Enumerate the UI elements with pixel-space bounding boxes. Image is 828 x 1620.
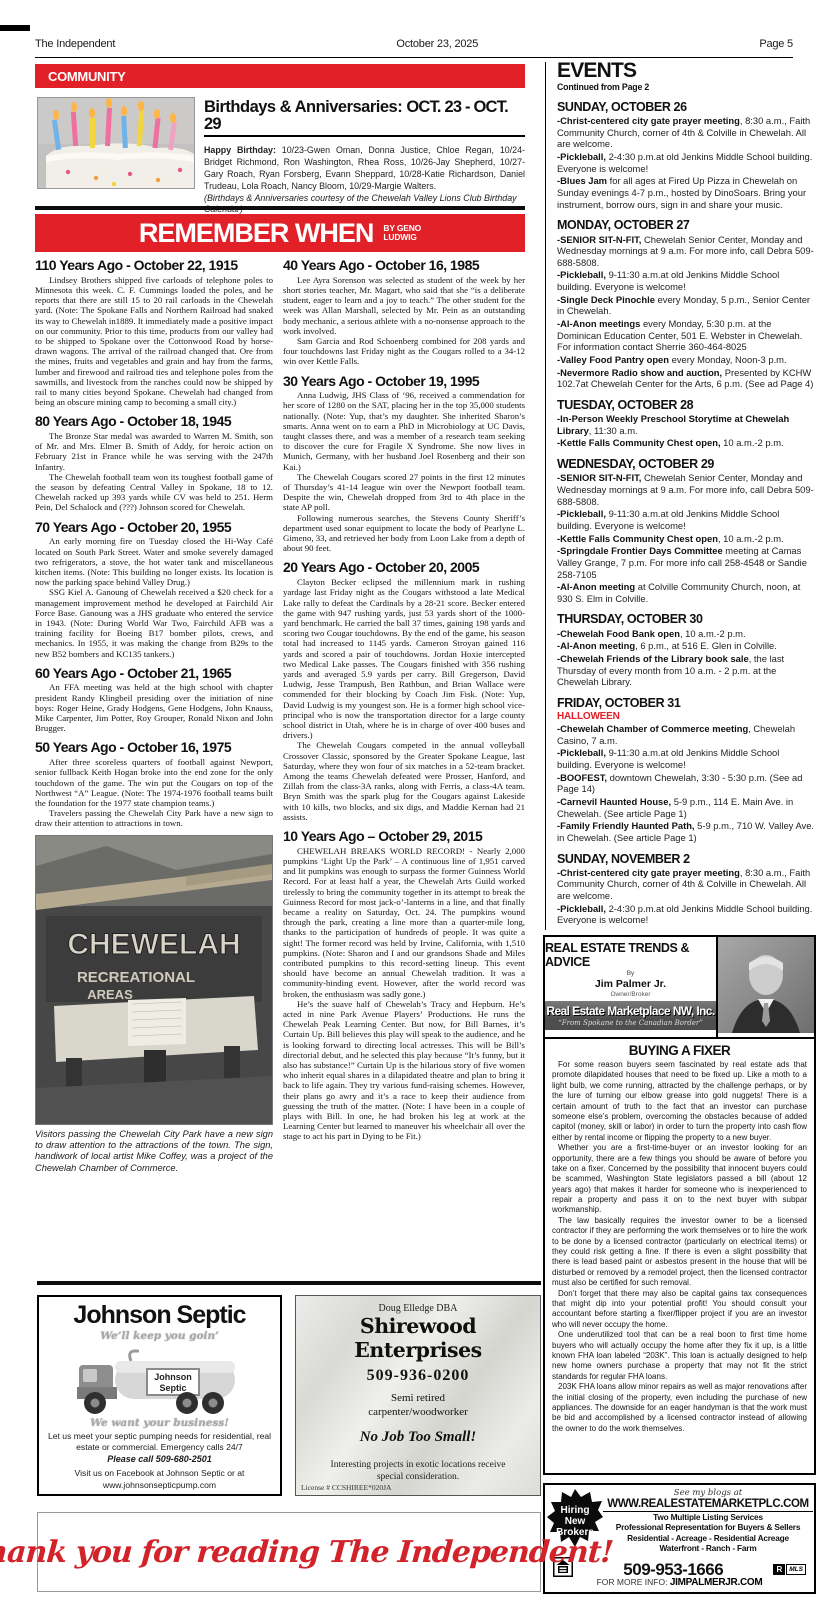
birthdays-courtesy: (Birthdays & Anniversaries courtesy of t… (204, 193, 525, 216)
svg-text:Johnson: Johnson (154, 1372, 192, 1382)
article-section-heading: 80 Years Ago - October 18, 1945 (35, 414, 273, 429)
article-section-heading: 110 Years Ago - October 22, 1915 (35, 258, 273, 273)
event-item-lead: -Pickleball, (557, 903, 606, 914)
broker-service-line-4: Waterfront - Ranch - Farm (603, 1543, 813, 1553)
event-item: -Al-Anon meeting, 6 p.m., at 516 E. Glen… (557, 640, 816, 652)
shirewood-description: Semi retired carpenter/woodworker (296, 1392, 540, 1420)
article-paragraph: The Chewelah Cougars scored 27 points in… (283, 472, 525, 513)
event-item-lead: -Springdale Frontier Days Committee (557, 545, 723, 556)
broker-service-line-3: Residential - Acreage - Residential Acre… (603, 1533, 813, 1543)
event-item: -Family Friendly Haunted Path, 5-9 p.m.,… (557, 820, 816, 843)
event-item: -Pickleball, 9-11:30 a.m.at old Jenkins … (557, 269, 816, 292)
event-day-heading: FRIDAY, OCTOBER 31 (557, 697, 816, 710)
events-title: EVENTS (557, 60, 816, 81)
broker-ad-text: See my blogs at WWW.REALESTATEMARKETPLC.… (603, 1488, 813, 1553)
fixer-ad-header: REAL ESTATE TRENDS & ADVICE By Jim Palme… (545, 937, 814, 1039)
event-item-lead: -Blues Jam (557, 175, 607, 186)
article-column-1-sections: 110 Years Ago - October 22, 1915Lindsey … (35, 258, 273, 829)
event-item-lead: -SENIOR SIT-N-FIT, (557, 234, 641, 245)
event-item-lead: -Nevermore Radio show and auction, (557, 367, 722, 378)
masthead: The Independent October 23, 2025 Page 5 (35, 38, 793, 58)
event-item: -Pickleball, 2-4:30 p.m.at old Jenkins M… (557, 151, 816, 174)
svg-text:Hiring: Hiring (561, 1505, 590, 1516)
johnson-ad-body: Let us meet your septic pumping needs fo… (45, 1431, 274, 1452)
mls-logo: MLS (786, 1564, 806, 1575)
article-section-heading: 70 Years Ago - October 20, 1955 (35, 520, 273, 535)
headshot-illustration (718, 937, 814, 1033)
fixer-ad-company: Real Estate Marketplace NW, Inc. (545, 1001, 716, 1019)
event-item-lead: -Pickleball, (557, 508, 606, 519)
shirewood-enterprises-ad: Doug Elledge DBA Shirewood Enterprises 5… (295, 1295, 541, 1496)
remember-when-banner: REMEMBER WHEN BY GENO LUDWIG (35, 214, 525, 252)
event-item-text: 10 a.m.-2 p.m. (721, 437, 784, 448)
event-item-text: , 6 p.m., at 516 E. Glen in Colville. (635, 640, 777, 651)
svg-text:AREAS: AREAS (87, 987, 133, 1002)
thank-you-banner: Thank you for reading The Independent! (37, 1512, 541, 1592)
article-paragraph: Sam Garcia and Rod Schoenberg combined f… (283, 336, 525, 367)
event-item: -Pickleball, 9-11:30 a.m.at old Jenkins … (557, 508, 816, 531)
event-item-lead: -Chewelah Chamber of Commerce meeting (557, 723, 748, 734)
article-column-2: 40 Years Ago - October 16, 1985Lee Ayra … (283, 258, 525, 1260)
real-estate-trends-ad: REAL ESTATE TRENDS & ADVICE By Jim Palme… (543, 935, 816, 1475)
event-item: -Al-Anon meeting at Colville Community C… (557, 581, 816, 604)
community-section-banner: COMMUNITY (35, 64, 525, 88)
event-item-lead: -Carnevil Haunted House, (557, 796, 671, 807)
shirewood-name: Shirewood Enterprises (296, 1314, 540, 1362)
fixer-ad-paragraph: For some reason buyers seem fascinated b… (552, 1060, 807, 1143)
cake-illustration (38, 98, 194, 188)
broker-service-line-1: Two Multiple Listing Services (603, 1512, 813, 1522)
event-item: -Carnevil Haunted House, 5-9 p.m., 114 E… (557, 796, 816, 819)
event-item-lead: -Kettle Falls Community Chest open (557, 533, 718, 544)
fixer-ad-paragraph: The law basically requires the investor … (552, 1216, 807, 1289)
fixer-ad-body: For some reason buyers seem fascinated b… (545, 1060, 814, 1434)
event-item-lead: -Family Friendly Haunted Path, (557, 820, 695, 831)
shirewood-slogan: No Job Too Small! (296, 1429, 540, 1446)
article-section-heading: 20 Years Ago - October 20, 2005 (283, 560, 525, 575)
fixer-ad-header-text: REAL ESTATE TRENDS & ADVICE By Jim Palme… (545, 937, 718, 1037)
event-item-lead: -Christ-centered city gate prayer meetin… (557, 867, 740, 878)
newspaper-page: The Independent October 23, 2025 Page 5 … (0, 0, 828, 1620)
realtor-logo: R (773, 1564, 785, 1575)
birthdays-section: Birthdays & Anniversaries: OCT. 23 - OCT… (37, 97, 525, 197)
article-paragraph: Lindsey Brothers shipped five carloads o… (35, 275, 273, 408)
article-paragraph: Following numerous searches, the Stevens… (283, 513, 525, 554)
event-item: -Single Deck Pinochle every Monday, 5 p.… (557, 294, 816, 317)
johnson-website: www.johnsonsepticpump.com (45, 1480, 274, 1491)
article-paragraph: An early morning fire on Tuesday closed … (35, 536, 273, 587)
park-sign-illustration: CHEWELAH RECREATIONAL AREAS (36, 836, 272, 1124)
event-item: -Kettle Falls Community Chest open, 10 a… (557, 533, 816, 545)
event-item-lead: -BOOFEST, (557, 772, 607, 783)
events-subtitle: Continued from Page 2 (557, 82, 816, 92)
community-banner-label: COMMUNITY (35, 69, 125, 84)
event-item: -Al-Anon meetings every Monday, 5:30 p.m… (557, 318, 816, 353)
event-item-text: every Monday, Noon-3 p.m. (669, 354, 787, 365)
event-item-lead: -Al-Anon meeting (557, 640, 635, 651)
byline-line2: LUDWIG (383, 232, 416, 242)
article-paragraph: The Bronze Star medal was awarded to War… (35, 431, 273, 472)
article-section-heading: 10 Years Ago – October 29, 2015 (283, 829, 525, 844)
print-edge-mark (0, 25, 30, 31)
shirewood-note: Interesting projects in exotic locations… (296, 1459, 540, 1485)
article-paragraph: Clayton Becker eclipsed the millennium m… (283, 577, 525, 740)
remember-when-byline: BY GENO LUDWIG (383, 224, 421, 243)
event-item-text: , 10 a.m.-2 p.m. (718, 533, 784, 544)
svg-text:Septic: Septic (159, 1383, 186, 1393)
article-paragraph: He’s the suave half of Chewelah’s Tracy … (283, 999, 525, 1142)
publication-name: The Independent (35, 38, 115, 50)
birthdays-lead: Happy Birthday: (204, 145, 276, 155)
article-section-heading: 40 Years Ago - October 16, 1985 (283, 258, 525, 273)
svg-text:RECREATIONAL: RECREATIONAL (77, 969, 195, 986)
broker-website: WWW.REALESTATEMARKETPLC.COM (603, 1498, 813, 1512)
article-paragraph: Lee Ayra Sorenson was selected as studen… (283, 275, 525, 336)
event-item-text: , 11:30 a.m. (589, 425, 638, 436)
issue-date: October 23, 2025 (396, 38, 478, 50)
johnson-facebook-line: Visit us on Facebook at Johnson Septic o… (45, 1468, 274, 1479)
johnson-tagline-bottom: We want your business! (39, 1417, 280, 1429)
event-item-lead: -Al-Anon meeting (557, 581, 635, 592)
fixer-ad-role: Owner/Broker (610, 991, 650, 998)
article-section-heading: 60 Years Ago - October 21, 1965 (35, 666, 273, 681)
event-item: -Valley Food Pantry open every Monday, N… (557, 354, 816, 366)
fixer-ad-paragraph: Whether you are a first-time-buyer or an… (552, 1143, 807, 1216)
events-column: EVENTS Continued from Page 2 SUNDAY, OCT… (557, 60, 816, 932)
event-item-lead: -Single Deck Pinochle (557, 294, 655, 305)
event-day-heading: TUESDAY, OCTOBER 28 (557, 399, 816, 412)
event-item: -Christ-centered city gate prayer meetin… (557, 115, 816, 150)
johnson-septic-ad: Johnson Septic We’ll keep you goin’ John… (37, 1295, 282, 1496)
event-item: -In-Person Weekly Preschool Storytime at… (557, 413, 816, 436)
article-paragraph: Travelers passing the Chewelah City Park… (35, 808, 273, 828)
section-divider-rule (35, 206, 525, 210)
event-item: -Christ-centered city gate prayer meetin… (557, 867, 816, 902)
thank-you-text: Thank you for reading The Independent! (0, 1535, 614, 1570)
birthdays-title: Birthdays & Anniversaries: (204, 98, 402, 116)
event-item-lead: -Christ-centered city gate prayer meetin… (557, 115, 740, 126)
event-item-lead: -SENIOR SIT-N-FIT, (557, 472, 641, 483)
event-item: -BOOFEST, downtown Chewelah, 3:30 - 5:30… (557, 772, 816, 795)
park-photo-caption: Visitors passing the Chewelah City Park … (35, 1129, 273, 1174)
fixer-ad-headline: BUYING A FIXER (545, 1043, 814, 1058)
events-day-list: SUNDAY, OCTOBER 26-Christ-centered city … (557, 101, 816, 926)
shirewood-desc-line1: Semi retired (391, 1392, 445, 1404)
event-item: -Chewelah Food Bank open, 10 a.m.-2 p.m. (557, 628, 816, 640)
shirewood-phone: 509-936-0200 (296, 1367, 540, 1385)
johnson-tagline-top: We’ll keep you goin’ (39, 1330, 280, 1342)
svg-text:New: New (565, 1516, 586, 1527)
article-section-heading: 30 Years Ago - October 19, 1995 (283, 374, 525, 389)
realtor-mls-logos: R MLS (773, 1564, 806, 1575)
bottom-section-rule (37, 1281, 541, 1285)
event-item-lead: -Pickleball, (557, 747, 606, 758)
fixer-ad-by: By (627, 970, 635, 977)
article-column-2-sections: 40 Years Ago - October 16, 1985Lee Ayra … (283, 258, 525, 1142)
article-paragraph: Anna Ludwig, JHS Class of ‘96, received … (283, 390, 525, 472)
shirewood-desc-line2: carpenter/woodworker (368, 1406, 468, 1418)
shirewood-note-line2: special consideration. (377, 1472, 459, 1482)
event-item-lead: -Chewelah Food Bank open (557, 628, 680, 639)
remember-when-title: REMEMBER WHEN (139, 220, 374, 247)
article-section-heading: 50 Years Ago - October 16, 1975 (35, 740, 273, 755)
article-paragraph: An FFA meeting was held at the high scho… (35, 682, 273, 733)
birthdays-text-block: Birthdays & Anniversaries: OCT. 23 - OCT… (204, 97, 525, 197)
event-item: -SENIOR SIT-N-FIT, Chewelah Senior Cente… (557, 472, 816, 507)
event-item-lead: -Al-Anon meetings (557, 318, 640, 329)
shirewood-note-line1: Interesting projects in exotic locations… (331, 1460, 506, 1470)
event-item: -Blues Jam for all ages at Fired Up Pizz… (557, 175, 816, 210)
event-item: -Chewelah Chamber of Commerce meeting, C… (557, 723, 816, 746)
event-item: -Chewelah Friends of the Library book sa… (557, 653, 816, 688)
broker-more-info: FOR MORE INFO: JIMPALMERJR.COM (545, 1577, 814, 1588)
fixer-ad-paragraph: One underutilized tool that can be a rea… (552, 1330, 807, 1382)
fixer-ad-paragraph: Don’t forget that there may also be capi… (552, 1289, 807, 1331)
jim-palmer-headshot (718, 937, 814, 1037)
event-item-text: , 10 a.m.-2 p.m. (680, 628, 746, 639)
article-paragraph: After three scoreless quarters of footba… (35, 757, 273, 808)
events-column-divider (545, 62, 546, 930)
park-sign-photo: CHEWELAH RECREATIONAL AREAS (35, 835, 273, 1125)
article-column-1: 110 Years Ago - October 22, 1915Lindsey … (35, 258, 273, 1220)
broker-more-label: FOR MORE INFO: (597, 1577, 668, 1587)
event-item: -Pickleball, 9-11:30 a.m.at old Jenkins … (557, 747, 816, 770)
event-item-lead: -Pickleball, (557, 151, 606, 162)
birthdays-body: Happy Birthday: 10/23-Gwen Oman, Donna J… (204, 144, 525, 192)
event-item: -SENIOR SIT-N-FIT, Chewelah Senior Cente… (557, 234, 816, 269)
event-item-lead: -Kettle Falls Community Chest open, (557, 437, 721, 448)
page-number: Page 5 (759, 38, 793, 50)
event-day-heading: THURSDAY, OCTOBER 30 (557, 613, 816, 626)
event-day-heading: WEDNESDAY, OCTOBER 29 (557, 458, 816, 471)
halloween-label: HALLOWEEN (557, 711, 816, 722)
article-paragraph: The Chewelah Cougars competed in the ann… (283, 740, 525, 822)
event-item: -Pickleball, 2-4:30 p.m.at old Jenkins M… (557, 903, 816, 926)
event-item: -Kettle Falls Community Chest open, 10 a… (557, 437, 816, 449)
article-paragraph: SSG Kiel A. Ganoung of Chewelah received… (35, 587, 273, 658)
event-item: -Springdale Frontier Days Committee meet… (557, 545, 816, 580)
fixer-ad-author: Jim Palmer Jr. (595, 978, 666, 990)
fixer-ad-paragraph: 203K FHA loans allow minor repairs as we… (552, 1382, 807, 1434)
event-item-lead: -Chewelah Friends of the Library book sa… (557, 653, 749, 664)
septic-truck-illustration: Johnson Septic (75, 1343, 245, 1417)
article-paragraph: CHEWELAH BREAKS WORLD RECORD! - Nearly 2… (283, 846, 525, 999)
event-day-heading: SUNDAY, NOVEMBER 2 (557, 853, 816, 866)
broker-more-url: JIMPALMERJR.COM (670, 1577, 763, 1588)
shirewood-dba: Doug Elledge DBA (296, 1303, 540, 1314)
fixer-ad-tagline: “From Spokane to the Canadian Border” (545, 1019, 716, 1030)
event-day-heading: SUNDAY, OCTOBER 26 (557, 101, 816, 114)
fixer-ad-title: REAL ESTATE TRENDS & ADVICE (545, 941, 716, 969)
event-item: -Nevermore Radio show and auction, Prese… (557, 367, 816, 390)
svg-text:CHEWELAH: CHEWELAH (67, 928, 240, 961)
event-item-lead: -Pickleball, (557, 269, 606, 280)
birthdays-heading: Birthdays & Anniversaries: OCT. 23 - OCT… (204, 99, 525, 137)
broker-blogs-label: See my blogs at (603, 1488, 813, 1498)
broker-service-line-2: Professional Representation for Buyers &… (603, 1522, 813, 1532)
birthday-cake-photo (37, 97, 195, 189)
shirewood-license: License # CCSHIREE*020JA (301, 1483, 391, 1492)
johnson-ad-title: Johnson Septic (39, 1301, 280, 1330)
johnson-phone: Please call 509-680-2501 (45, 1454, 274, 1465)
event-item-lead: -Valley Food Pantry open (557, 354, 669, 365)
event-day-heading: MONDAY, OCTOBER 27 (557, 219, 816, 232)
article-paragraph: The Chewelah football team won its tough… (35, 472, 273, 513)
